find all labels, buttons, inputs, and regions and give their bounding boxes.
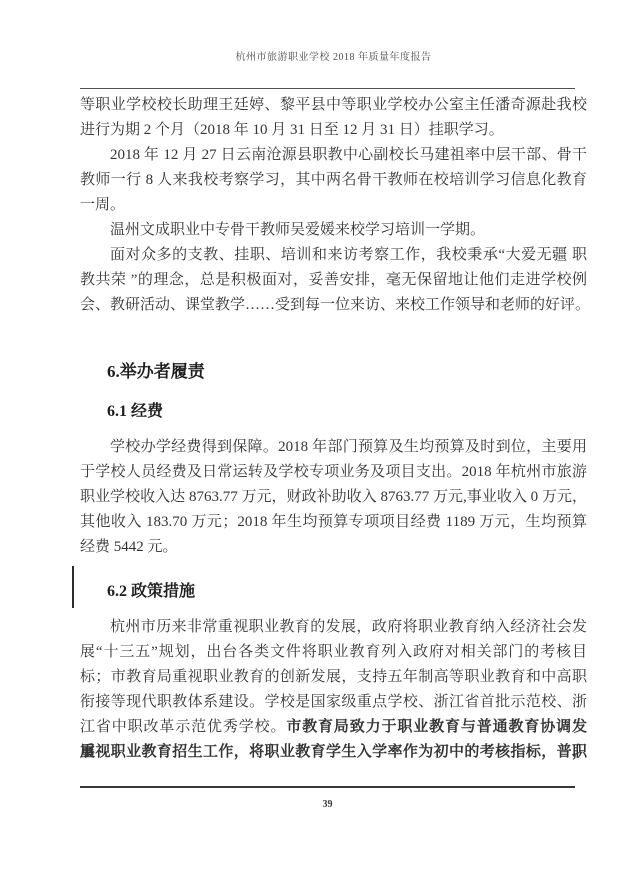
section-heading-6-2: 6.2 政策措施	[107, 578, 195, 601]
text-line: 一周。	[80, 193, 587, 218]
text-line: 面对众多的支教、挂职、培训和来访考察工作，我校秉承“大爱无疆 职	[80, 243, 587, 268]
text-line: 等职业学校校长助理王廷婷、黎平县中等职业学校办公室主任潘奇源赴我校	[80, 93, 587, 118]
text-line: 其他收入 183.70 万元；2018 年生均预算专项项目经费 1189 万元，…	[80, 510, 587, 535]
bold-text-line: 重视职业教育招生工作，将职业教育学生入学率作为初中的考核指标，普职	[80, 740, 587, 765]
footer-rule	[80, 786, 575, 788]
section-heading-6: 6.举办者履责	[107, 357, 205, 382]
text-line: 江省中职改革示范优秀学校。市教育局致力于职业教育与普通教育协调发展，	[80, 715, 587, 740]
text-line: 标；市教育局重视职业教育的创新发展，支持五年制高等职业教育和中高职	[80, 665, 587, 690]
text-line: 教共荣 ”的理念，总是积极面对，妥善安排，毫无保留地让他们走进学校例	[80, 268, 587, 293]
section-6-2-paragraph: 杭州市历来非常重视职业教育的发展，政府将职业教育纳入经济社会发 展“十三五”规划…	[80, 615, 587, 765]
document-page: 杭州市旅游职业学校 2018 年质量年度报告 等职业学校校长助理王廷婷、黎平县中…	[0, 0, 620, 877]
text-line: 温州文成职业中专骨干教师吴爱媛来校学习培训一学期。	[80, 218, 587, 243]
text-line: 会、教研活动、课堂教学……受到每一位来访、来校工作领导和老师的好评。	[80, 293, 587, 318]
intro-paragraphs: 等职业学校校长助理王廷婷、黎平县中等职业学校办公室主任潘奇源赴我校 进行为期 2…	[80, 93, 587, 318]
text-line: 经费 5442 元。	[80, 535, 587, 560]
revision-change-bar	[72, 566, 74, 608]
text-line: 展“十三五”规划，出台各类文件将职业教育列入政府对相关部门的考核目	[80, 640, 587, 665]
text-line: 进行为期 2 个月（2018 年 10 月 31 日至 12 月 31 日）挂职…	[80, 118, 587, 143]
text-line: 杭州市历来非常重视职业教育的发展，政府将职业教育纳入经济社会发	[80, 615, 587, 640]
text-line: 职业学校收入达 8763.77 万元，财政补助收入 8763.77 万元,事业收…	[80, 485, 587, 510]
page-number: 39	[80, 799, 575, 810]
section-heading-6-1: 6.1 经费	[107, 398, 163, 421]
section-6-1-paragraph: 学校办学经费得到保障。2018 年部门预算及生均预算及时到位，主要用 于学校人员…	[80, 435, 587, 560]
text-line: 教师一行 8 人来我校考察学习，其中两名骨干教师在校培训学习信息化教育	[80, 168, 587, 193]
text-line: 衔接等现代职教体系建设。学校是国家级重点学校、浙江省首批示范校、浙	[80, 690, 587, 715]
text-line: 2018 年 12 月 27 日云南沧源县职教中心副校长马建祖率中层干部、骨干	[80, 143, 587, 168]
text-line: 于学校人员经费及日常运转及学校专项业务及项目支出。2018 年杭州市旅游	[80, 460, 587, 485]
text-run: 江省中职改革示范优秀学校。	[80, 719, 286, 735]
running-header: 杭州市旅游职业学校 2018 年质量年度报告	[80, 48, 587, 63]
text-line: 学校办学经费得到保障。2018 年部门预算及生均预算及时到位，主要用	[80, 435, 587, 460]
header-rule	[80, 88, 575, 89]
